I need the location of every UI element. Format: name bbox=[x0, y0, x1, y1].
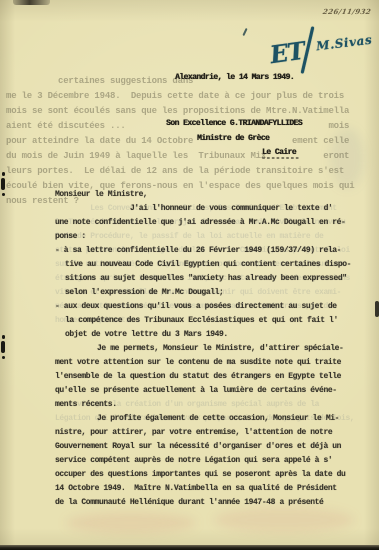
body-line: ponse : bbox=[55, 230, 367, 244]
body-line: ments récents. bbox=[55, 398, 367, 412]
scanned-letter-page: certaines suggestions dansme le 3 Décemb… bbox=[0, 0, 379, 550]
annotation-name: M.Sivas bbox=[315, 33, 373, 54]
scan-bottom-edge bbox=[0, 545, 379, 550]
bleedthrough-line: leurs portes. Le délai de 12 ans de la p… bbox=[6, 164, 354, 179]
body-line: nistre, pour attirer, par votre entremis… bbox=[55, 426, 367, 440]
annotation-initials: ET bbox=[268, 36, 306, 69]
body-line: - aux deux questions qu'il vous a posées… bbox=[55, 300, 367, 314]
addressee-underline: -------- bbox=[261, 154, 299, 163]
bleedthrough-line: me le 3 Décembre 1948. Depuis cette date… bbox=[6, 89, 354, 104]
punch-mark bbox=[2, 172, 5, 176]
body-line: la compétence des Tribunaux Ecclésiastiq… bbox=[55, 314, 367, 328]
punch-mark bbox=[2, 356, 5, 359]
body-line: - à sa lettre confidentielle du 26 Févri… bbox=[55, 244, 367, 258]
body-line: Je profite également de cette occasion, … bbox=[55, 412, 367, 426]
body-line: Monsieur le Ministre, bbox=[55, 188, 367, 202]
body-line: sitions au sujet desquelles "anxiety has… bbox=[55, 272, 367, 286]
letter-body: Monsieur le Ministre,J'ai l'honneur de v… bbox=[55, 188, 367, 510]
scan-edge-smudge bbox=[13, 0, 50, 5]
body-line: selon l'expression de Mr.Mc Dougall; bbox=[55, 286, 367, 300]
ink-bleed-stain bbox=[66, 512, 196, 534]
punch-mark bbox=[2, 193, 5, 196]
body-line: qu'elle se présente actuellement à la lu… bbox=[55, 384, 367, 398]
body-line: Je me permets, Monsieur le Ministre, d'a… bbox=[55, 342, 367, 356]
body-line: une note confidentielle que j'ai adressé… bbox=[55, 216, 367, 230]
bleedthrough-line: pour atteindre la date du 14 Octobre eme… bbox=[6, 134, 354, 149]
addressee-title: Ministre de Grèce bbox=[197, 134, 269, 143]
body-line: J'ai l'honneur de vous communiquer le te… bbox=[55, 202, 367, 216]
edge-mark bbox=[375, 301, 379, 317]
bleedthrough-line: mois se sont écoulés sans que les propos… bbox=[6, 104, 354, 119]
body-line: Gouvernement Royal sur la nécessité d'or… bbox=[55, 440, 367, 454]
body-line: l'ensemble de la question du statut des … bbox=[55, 370, 367, 384]
punch-mark bbox=[1, 341, 5, 353]
body-line: ment votre attention sur le contenu de m… bbox=[55, 356, 367, 370]
body-line: occuper des questions importantes qui se… bbox=[55, 468, 367, 482]
punch-mark bbox=[1, 178, 5, 190]
body-line: objet de votre lettre du 3 Mars 1949. bbox=[55, 328, 367, 342]
addressee-name: Son Excellence G.TRIANDAFYLLIDES bbox=[166, 119, 302, 128]
punch-mark bbox=[2, 335, 5, 339]
handwritten-annotation: ET M.Sivas bbox=[266, 24, 378, 78]
body-line: 14 Octobre 1949. Maître N.Vatimbella en … bbox=[55, 482, 367, 496]
body-line: tive au nouveau Code Civil Egyptien qui … bbox=[55, 258, 367, 272]
ink-bleed-stain bbox=[214, 507, 354, 533]
archive-number: 226/11/932 bbox=[322, 7, 372, 16]
bleedthrough-line: du mois de Juin 1949 à laquelle les Trib… bbox=[6, 149, 354, 164]
ink-tick-mark bbox=[242, 28, 247, 36]
body-line: de la Communauté Hellénique durant l'ann… bbox=[55, 496, 367, 510]
letter-date: Alexandrie, le 14 Mars 1949. bbox=[175, 73, 294, 82]
body-line: service compétent auprès de notre Légati… bbox=[55, 454, 367, 468]
